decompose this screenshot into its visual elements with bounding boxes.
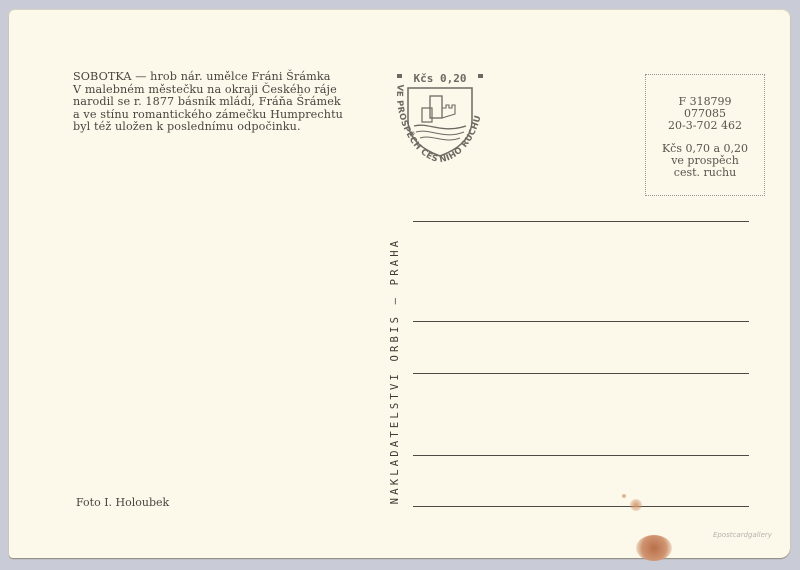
stamp-box: F 318799 077085 20-3-702 462 Kčs 0,70 a …	[645, 74, 765, 196]
caption-text: SOBOTKA — hrob nár. umělce Fráni ŠrámkaV…	[73, 71, 343, 134]
caption-line: byl též uložen k poslednímu odpočinku.	[73, 121, 343, 134]
caption-line: SOBOTKA — hrob nár. umělce Fráni Šrámka	[73, 71, 343, 84]
printed-stamp-cachet: Kčs 0,20 VE PROSPĚCH CESTOV NÍHO RUCHU	[384, 68, 496, 168]
address-line	[413, 373, 749, 374]
photo-credit: Foto I. Holoubek	[76, 496, 169, 509]
benefit-text-2: cest. ruchu	[646, 167, 764, 179]
stain-spot	[630, 499, 642, 511]
caption-line: narodil se r. 1877 básník mládí, Fráňa Š…	[73, 96, 343, 109]
watermark: Epostcardgallery	[713, 531, 772, 539]
publisher-imprint: NAKLADATELSTVI ORBIS — PRAHA	[389, 221, 401, 521]
castle-shield-icon: Kčs 0,20 VE PROSPĚCH CESTOV NÍHO RUCHU	[384, 68, 496, 168]
address-line	[413, 455, 749, 456]
address-line	[413, 221, 749, 222]
address-line	[413, 506, 749, 507]
stain-spot	[636, 535, 672, 561]
stain-spot	[622, 494, 626, 498]
stamp-value: Kčs 0,20	[414, 72, 467, 85]
catalog-number: 20-3-702 462	[646, 120, 764, 132]
address-line	[413, 321, 749, 322]
